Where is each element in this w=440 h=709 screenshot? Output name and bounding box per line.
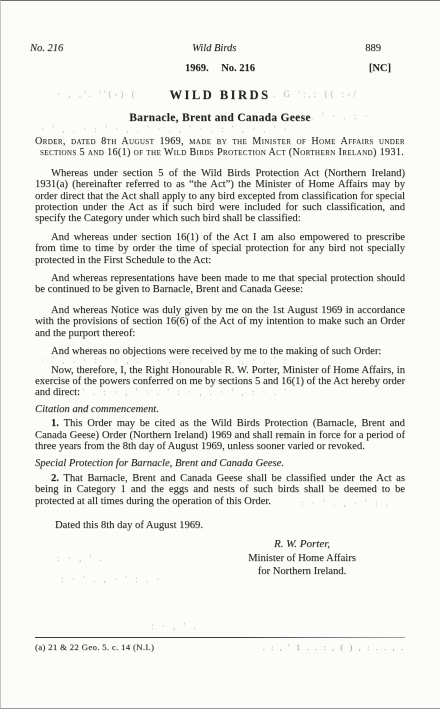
- print-bleed-smudge: . : , ' 1 . . : , ( ) , : . . , .: [263, 642, 405, 652]
- enacting-paragraph: Now, therefore, I, the Right Honourable …: [35, 365, 405, 399]
- section-text-2: That Barnacle, Brent and Canada Geese sh…: [35, 473, 405, 507]
- section-number-1: 1.: [51, 418, 59, 429]
- signatory-title-line2: for Northern Ireland.: [227, 565, 377, 579]
- recital-paragraph-3: And whereas representations have been ma…: [35, 273, 405, 296]
- order-caption: Order, dated 8th August 1969, made by th…: [35, 136, 405, 159]
- recital-paragraph-1: Whereas under section 5 of the Wild Bird…: [35, 168, 405, 225]
- section-paragraph-1: 1. This Order may be cited as the Wild B…: [35, 418, 405, 452]
- section-number-2: 2.: [51, 473, 59, 484]
- order-year: 1969.: [185, 63, 209, 74]
- dated-line: Dated this 8th day of August 1969.: [35, 520, 405, 531]
- order-number-row: 1969. No. 216 [NC]: [35, 63, 405, 74]
- footnote-row: (a) 21 & 22 Geo. 5. c. 14 (N.I.) . : , '…: [35, 642, 405, 652]
- section-text-1: This Order may be cited as the Wild Bird…: [35, 418, 405, 452]
- signatory-name: R. W. Porter,: [227, 538, 377, 552]
- recital-paragraph-2: And whereas under section 16(1) of the A…: [35, 232, 405, 266]
- subtitle: Barnacle, Brent and Canada Geese: [35, 112, 405, 124]
- document-content: No. 216 Wild Birds 889 1969. No. 216 [NC…: [35, 43, 405, 579]
- footnote-block: (a) 21 & 22 Geo. 5. c. 14 (N.I.) . : , '…: [35, 637, 405, 652]
- running-header: No. 216 Wild Birds 889: [30, 43, 405, 54]
- section-heading-citation: Citation and commencement.: [35, 404, 405, 415]
- nc-tag: [NC]: [369, 63, 391, 74]
- page-title: WILD BIRDS: [35, 88, 405, 103]
- section-paragraph-2: 2. That Barnacle, Brent and Canada Geese…: [35, 473, 405, 507]
- running-title: Wild Birds: [192, 43, 236, 54]
- signature-block: R. W. Porter, Minister of Home Affairs f…: [227, 538, 377, 579]
- recital-paragraph-5: And whereas no objections were received …: [35, 346, 405, 357]
- section-heading-special-protection: Special Protection for Barnacle, Brent a…: [35, 458, 405, 469]
- page-number: 889: [365, 43, 381, 54]
- footnote-citation: (a) 21 & 22 Geo. 5. c. 14 (N.I.): [35, 642, 154, 652]
- doc-number: No. 216: [30, 43, 63, 54]
- signatory-title-line1: Minister of Home Affairs: [227, 552, 377, 566]
- footnote-rule: [35, 637, 405, 638]
- show-through-noise: : · , ' .: [151, 621, 211, 631]
- scanned-document-page: No. 216 Wild Birds 889 1969. No. 216 [NC…: [0, 0, 440, 709]
- recital-paragraph-4: And whereas Notice was duly given by me …: [35, 305, 405, 339]
- order-number-label: No. 216: [221, 63, 255, 74]
